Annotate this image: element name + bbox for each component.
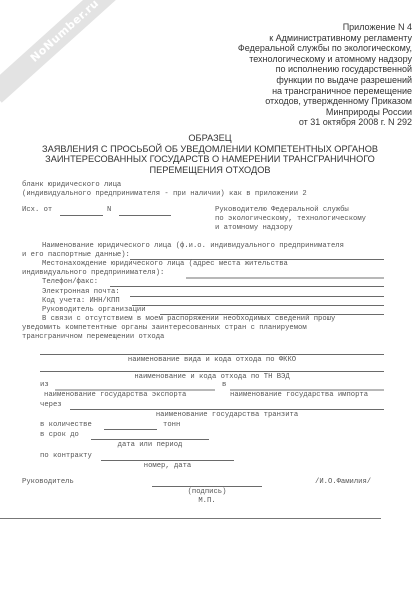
outgoing-number-label: N bbox=[107, 206, 111, 215]
contract-field[interactable] bbox=[101, 460, 234, 461]
appendix-line: Приложение N 4 bbox=[182, 22, 412, 33]
name-label-2: и его паспортные данные): bbox=[22, 251, 130, 260]
appendix-line: на трансграничное перемещение bbox=[182, 86, 412, 97]
request-line-1: В связи с отсутствием в моем распоряжени… bbox=[42, 315, 335, 324]
watermark: NoNumber.ru bbox=[0, 0, 143, 103]
tnved-caption: наименование и кода отхода по ТН ВЭД bbox=[40, 373, 384, 382]
tax-code-label: Код учета: ИНН/КПП bbox=[42, 297, 120, 306]
tons-label: тонн bbox=[163, 421, 180, 430]
name-label-1: Наименование юридического лица (ф.и.о. и… bbox=[42, 242, 344, 251]
document-title: ОБРАЗЕЦ ЗАЯВЛЕНИЯ С ПРОСЬБОЙ ОБ УВЕДОМЛЕ… bbox=[0, 133, 420, 175]
signature-caption: (подпись) bbox=[152, 488, 262, 497]
transit-caption: наименование государства транзита bbox=[70, 411, 384, 420]
letterhead-line-1: бланк юридического лица bbox=[22, 181, 121, 190]
outgoing-ref-label: Исх. от bbox=[22, 206, 52, 215]
appendix-line: от 31 октября 2008 г. N 292 bbox=[182, 117, 412, 128]
addressee-line-2: по экологическому, технологическому bbox=[215, 215, 366, 224]
quantity-label: в количестве bbox=[40, 421, 92, 430]
head-label: Руководитель организации bbox=[42, 306, 146, 315]
outgoing-date-field[interactable] bbox=[60, 215, 103, 216]
appendix-line: Федеральной службы по экологическому, bbox=[182, 43, 412, 54]
deadline-field[interactable] bbox=[91, 439, 209, 440]
letterhead-line-2: (индивидуального предпринимателя - при н… bbox=[22, 190, 307, 199]
director-label: Руководитель bbox=[22, 478, 74, 487]
appendix-line: отходов, утвержденному Приказом bbox=[182, 96, 412, 107]
contract-caption: номер, дата bbox=[101, 462, 234, 471]
title-line: ЗАЯВЛЕНИЯ С ПРОСЬБОЙ ОБ УВЕДОМЛЕНИИ КОМП… bbox=[0, 144, 420, 155]
appendix-line: по исполнению государственной bbox=[182, 64, 412, 75]
tax-code-field[interactable] bbox=[132, 305, 384, 306]
request-line-2: уведомить компетентные органы заинтересо… bbox=[22, 324, 307, 333]
quantity-field[interactable] bbox=[104, 429, 157, 430]
footer-divider bbox=[0, 518, 381, 519]
appendix-line: функции по выдаче разрешений bbox=[182, 75, 412, 86]
email-field[interactable] bbox=[130, 296, 384, 297]
tnved-field[interactable] bbox=[40, 371, 384, 372]
location-label-1: Местонахождение юридического лица (адрес… bbox=[42, 260, 288, 269]
signature-field[interactable] bbox=[152, 486, 262, 487]
appendix-line: к Административному регламенту bbox=[182, 33, 412, 44]
to-label: в bbox=[222, 381, 226, 390]
via-label: через bbox=[40, 401, 62, 410]
title-line: ОБРАЗЕЦ bbox=[0, 133, 420, 144]
deadline-label: в срок до bbox=[40, 431, 79, 440]
import-caption: наименование государства импорта bbox=[230, 391, 368, 400]
addressee-line-3: и атомному надзору bbox=[215, 224, 293, 233]
email-label: Электронная почта: bbox=[42, 288, 120, 297]
request-line-3: трансграничном перемещении отхода bbox=[22, 333, 164, 342]
appendix-header: Приложение N 4 к Административному регла… bbox=[182, 22, 412, 128]
director-name-placeholder: /И.О.Фамилия/ bbox=[315, 478, 371, 487]
transit-country-field[interactable] bbox=[70, 409, 384, 410]
fkko-field[interactable] bbox=[40, 354, 384, 355]
phone-field[interactable] bbox=[110, 286, 384, 287]
addressee-line-1: Руководителю Федеральной службы bbox=[215, 206, 349, 215]
phone-label: Телефон/факс: bbox=[42, 278, 98, 287]
contract-label: по контракту bbox=[40, 452, 92, 461]
document-page: NoNumber.ru Приложение N 4 к Администрат… bbox=[0, 0, 420, 600]
period-caption: дата или период bbox=[91, 441, 209, 450]
location-label-2: индивидуального предпринимателя): bbox=[22, 269, 164, 278]
outgoing-number-field[interactable] bbox=[119, 215, 171, 216]
title-line: ПЕРЕМЕЩЕНИЯ ОТХОДОВ bbox=[0, 165, 420, 176]
export-caption: наименование государства экспорта bbox=[44, 391, 186, 400]
appendix-line: технологическому и атомному надзору bbox=[182, 54, 412, 65]
title-line: ЗАИНТЕРЕСОВАННЫХ ГОСУДАРСТВ О НАМЕРЕНИИ … bbox=[0, 154, 420, 165]
from-label: из bbox=[40, 381, 49, 390]
appendix-line: Минприроды России bbox=[182, 107, 412, 118]
stamp-caption: М.П. bbox=[152, 497, 262, 506]
fkko-caption: наименование вида и кода отхода по ФККО bbox=[40, 356, 384, 365]
location-field[interactable] bbox=[186, 277, 384, 279]
